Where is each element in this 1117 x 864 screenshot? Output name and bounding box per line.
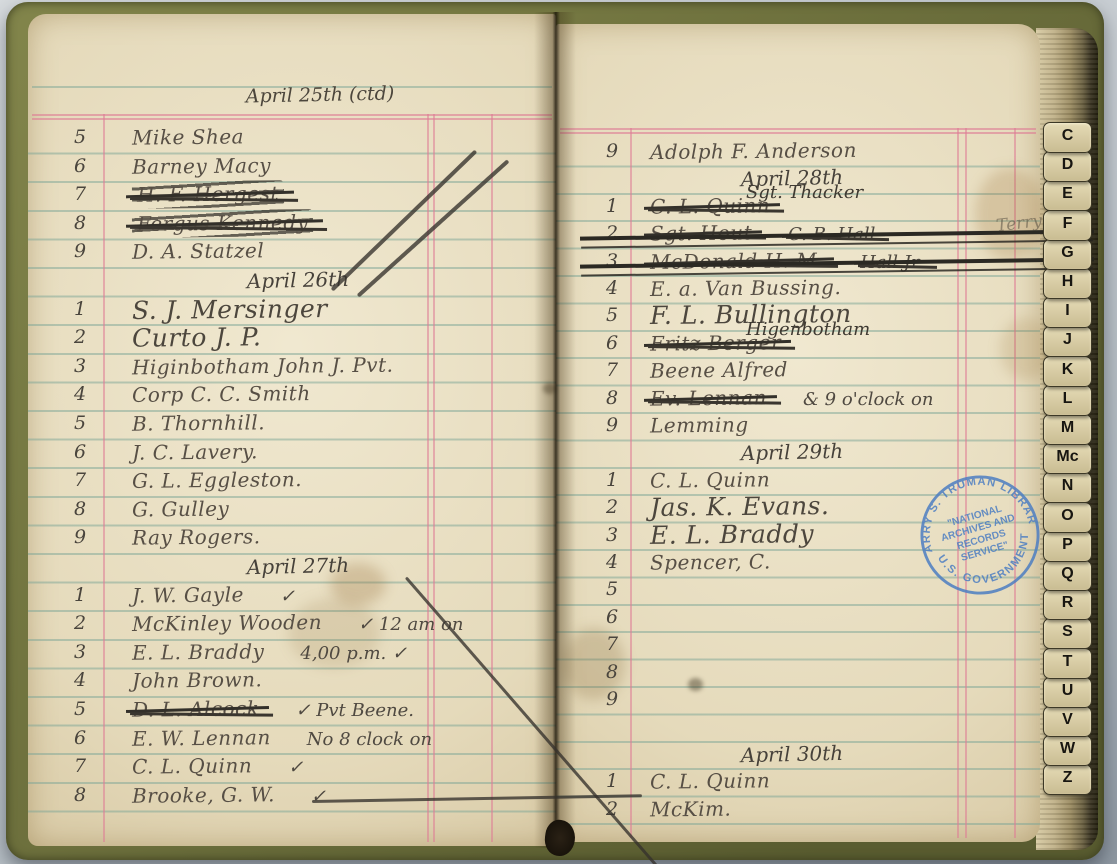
index-tab-m: M <box>1043 414 1092 445</box>
entry-note: ✓ <box>288 757 303 778</box>
notebook-photo: April 25th (ctd) 5Mike Shea6Barney Macy7… <box>0 0 1117 864</box>
entry-name: C. L. Quinn <box>650 466 771 493</box>
entry-name: E. L. Braddy <box>650 521 814 549</box>
ledger-entry-row: 9 <box>556 686 1042 713</box>
ledger-entry-row: 5D. L. Alcock✓ Pvt Beene. <box>28 696 552 725</box>
index-tab-l: L <box>1043 385 1092 416</box>
entry-name: D. L. Alcock <box>132 695 260 723</box>
index-tab-v: V <box>1043 706 1092 737</box>
entry-number: 1 <box>606 467 618 493</box>
date-label: April 27th <box>168 550 429 583</box>
ledger-entry-row: 6Barney Macy <box>28 153 552 182</box>
entry-name: Mike Shea <box>132 123 244 151</box>
ledger-entry-row: 2Sgt. HoutC. B. Hall <box>556 220 1042 247</box>
ledger-entry-row: 1C. L. Quinn <box>556 768 1042 795</box>
entry-name: Beene Alfred <box>650 356 788 383</box>
entry-number: 6 <box>74 153 86 180</box>
ledger-entry-row: 9Ray Rogers. <box>28 524 552 553</box>
entry-name: Jas. K. Evans. <box>650 493 830 521</box>
entry-note: ✓ <box>311 786 326 807</box>
index-tab-g: G <box>1043 239 1092 270</box>
index-tab-n: N <box>1043 472 1092 503</box>
entry-number: 3 <box>74 353 86 380</box>
entry-number: 6 <box>606 330 618 356</box>
entry-name: John Brown. <box>132 667 263 695</box>
entry-name: McKinley Wooden <box>132 609 322 638</box>
ledger-entry-row: 1S. J. Mersinger <box>28 296 552 325</box>
entry-number: 5 <box>74 410 86 437</box>
entry-number: 6 <box>74 439 86 466</box>
ledger-entry-row: 9Lemming <box>556 412 1042 439</box>
ledger-entry-row: 7 <box>556 631 1042 658</box>
entry-name: McKim. <box>650 795 732 822</box>
spacer-row <box>556 713 1042 740</box>
index-tab-mc: Mc <box>1043 443 1092 474</box>
index-tab-r: R <box>1043 589 1092 620</box>
ledger-entry-row: 8Brooke, G. W.✓ <box>28 782 552 811</box>
index-tab-u: U <box>1043 677 1092 708</box>
date-label: April 30th <box>672 738 913 770</box>
ledger-entry-row: 4John Brown. <box>28 667 552 696</box>
entry-note: & 9 o'clock on <box>803 389 934 410</box>
ledger-entry-row: 8 <box>556 659 1042 686</box>
entry-number: 9 <box>606 686 618 712</box>
left-page-entries: 5Mike Shea6Barney Macy7H. F. Hergest8Fer… <box>28 124 552 824</box>
entry-number: 7 <box>606 357 618 383</box>
entry-name: Sgt. Hout <box>650 220 752 247</box>
entry-note: ✓ Pvt Beene. <box>295 700 414 721</box>
index-tab-h: H <box>1043 268 1092 299</box>
entry-number: 5 <box>74 124 86 151</box>
entry-number: 8 <box>606 659 618 685</box>
ledger-entry-row: 3Higinbotham John J. Pvt. <box>28 353 552 382</box>
entry-number: 4 <box>74 381 86 408</box>
entry-number: 4 <box>606 549 618 575</box>
entry-number: 6 <box>74 725 86 752</box>
ledger-entry-row: 2McKinley Wooden✓ 12 am on <box>28 610 552 639</box>
ledger-entry-row: 7G. L. Eggleston. <box>28 467 552 496</box>
index-tab-p: P <box>1043 531 1092 562</box>
entry-number: 9 <box>74 238 86 265</box>
entry-note: No 8 clock on <box>307 729 432 750</box>
ledger-entry-row: 7C. L. Quinn✓ <box>28 753 552 782</box>
ledger-entry-row: 2Curto J. P. <box>28 324 552 353</box>
index-tab-j: J <box>1043 326 1092 357</box>
entry-name: Ev. Lennan <box>650 384 767 411</box>
entry-number: 7 <box>74 753 86 780</box>
ledger-entry-row: 6E. W. LennanNo 8 clock on <box>28 725 552 754</box>
entry-note: 4,00 p.m. ✓ <box>300 643 407 664</box>
overwritten-name: Sgt. Thacker <box>746 180 863 206</box>
entry-name: B. Thornhill. <box>132 409 265 437</box>
entry-number: 2 <box>606 220 618 246</box>
entry-number: 8 <box>74 782 86 809</box>
ledger-entry-row: 6Fritz BergerHigenbotham <box>556 330 1042 357</box>
entry-number: 8 <box>606 385 618 411</box>
entry-number: 6 <box>606 604 618 630</box>
entry-number: 3 <box>74 639 86 666</box>
entry-name: E. W. Lennan <box>132 724 271 752</box>
date-label: April 29th <box>672 436 913 468</box>
entry-name: Curto J. P. <box>132 324 262 352</box>
entry-number: 2 <box>74 324 86 351</box>
ledger-entry-row: 1C. L. QuinnSgt. Thacker <box>556 193 1042 220</box>
entry-number: 1 <box>606 193 618 219</box>
entry-number: 5 <box>606 302 618 328</box>
entry-number: 3 <box>606 522 618 548</box>
index-tab-e: E <box>1043 180 1092 211</box>
entry-name: Higinbotham John J. Pvt. <box>132 351 394 381</box>
entry-number: 9 <box>606 412 618 438</box>
ledger-entry-row: 4E. a. Van Bussing. <box>556 275 1042 302</box>
entry-name: J. C. Lavery. <box>132 438 258 466</box>
date-header-row: April 26th <box>28 267 552 296</box>
index-tab-s: S <box>1043 618 1092 649</box>
index-tab-t: T <box>1043 648 1092 679</box>
entry-number: 7 <box>74 181 86 208</box>
ledger-entry-row: 6J. C. Lavery. <box>28 439 552 468</box>
entry-note: ✓ <box>280 586 295 607</box>
entry-number: 3 <box>606 248 618 274</box>
entry-name: G. L. Eggleston. <box>132 466 302 495</box>
entry-name: Ray Rogers. <box>132 524 261 552</box>
margin-line <box>32 114 552 116</box>
entry-number: 9 <box>606 138 618 164</box>
entry-number: 7 <box>74 467 86 494</box>
entry-number: 5 <box>74 696 86 723</box>
entry-name: Adolph F. Anderson <box>650 137 857 165</box>
date-header-row: April 29th <box>556 439 1042 466</box>
entry-number: 9 <box>74 524 86 551</box>
ledger-entry-row: 3McDonald H. M.Hall Jr. <box>556 248 1042 275</box>
date-header-row: April 27th <box>28 553 552 582</box>
index-tab-c: C <box>1043 122 1092 153</box>
index-tab-k: K <box>1043 356 1092 387</box>
index-tab-o: O <box>1043 502 1092 533</box>
overwritten-name: Higenbotham <box>746 317 870 343</box>
entry-name: H. F. Hergest <box>132 180 284 209</box>
entry-name: G. Gulley <box>132 495 230 523</box>
entry-number: 4 <box>606 275 618 301</box>
index-tab-f: F <box>1043 210 1092 241</box>
entry-number: 1 <box>74 582 86 609</box>
ledger-entry-row: 7H. F. Hergest <box>28 181 552 210</box>
entry-number: 7 <box>606 631 618 657</box>
ledger-entry-row: 4Corp C. C. Smith <box>28 381 552 410</box>
entry-name: C. L. Quinn <box>650 768 771 795</box>
ledger-entry-row: 6 <box>556 604 1042 631</box>
entry-number: 1 <box>606 768 618 794</box>
ledger-entry-row: 9D. A. Statzel <box>28 238 552 267</box>
entry-name: Fergus Kennedy <box>132 209 314 238</box>
entry-name: C. L. Quinn <box>132 753 253 781</box>
entry-name: S. J. Mersinger <box>132 295 328 324</box>
entry-name: Brooke, G. W. <box>132 781 275 809</box>
entry-name: Lemming <box>650 411 749 438</box>
entry-number: 5 <box>606 576 618 602</box>
ledger-entry-row: 8Ev. Lennan& 9 o'clock on <box>556 385 1042 412</box>
entry-number: 8 <box>74 210 86 237</box>
entry-name: Barney Macy <box>132 152 271 180</box>
date-header-row: April 30th <box>556 741 1042 768</box>
entry-number: 8 <box>74 496 86 523</box>
entry-number: 4 <box>74 667 86 694</box>
index-tab-q: Q <box>1043 560 1092 591</box>
ledger-entry-row: 2McKim. <box>556 796 1042 823</box>
ledger-entry-row: 9Adolph F. Anderson <box>556 138 1042 165</box>
ledger-entry-row: 8G. Gulley <box>28 496 552 525</box>
entry-number: 2 <box>606 494 618 520</box>
ledger-entry-row: 1J. W. Gayle✓ <box>28 582 552 611</box>
entry-name: E. a. Van Bussing. <box>650 274 842 302</box>
entry-name: E. L. Braddy <box>132 638 265 666</box>
index-tab-d: D <box>1043 151 1092 182</box>
ledger-entry-row: 5Mike Shea <box>28 124 552 153</box>
entry-name: Corp C. C. Smith <box>132 380 311 409</box>
index-tab-w: W <box>1043 735 1092 766</box>
margin-line <box>32 118 552 120</box>
ledger-entry-row: 8Fergus Kennedy <box>28 210 552 239</box>
entry-number: 1 <box>74 296 86 323</box>
entry-name: D. A. Statzel <box>132 238 264 266</box>
entry-name: Spencer, C. <box>650 548 771 575</box>
entry-number: 2 <box>74 610 86 637</box>
ledger-entry-row: 7Beene Alfred <box>556 357 1042 384</box>
index-tab-i: I <box>1043 297 1092 328</box>
entry-name: J. W. Gayle <box>132 581 244 609</box>
index-tab-z: Z <box>1043 764 1092 795</box>
ledger-entry-row: 5B. Thornhill. <box>28 410 552 439</box>
